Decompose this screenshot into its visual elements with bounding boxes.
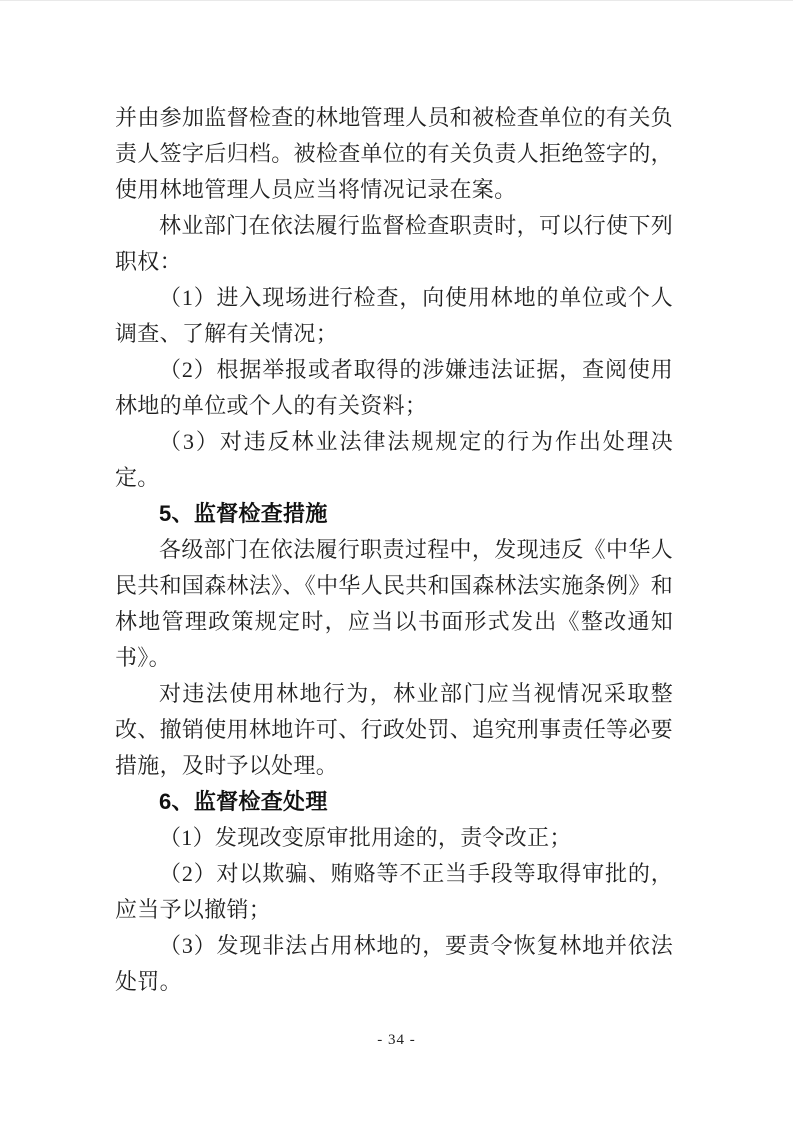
document-body: 并由参加监督检查的林地管理人员和被检查单位的有关负责人签字后归档。被检查单位的有… — [115, 100, 673, 1000]
section-heading: 6、监督检查处理 — [115, 784, 673, 820]
document-page: 并由参加监督检查的林地管理人员和被检查单位的有关负责人签字后归档。被检查单位的有… — [0, 0, 793, 1122]
paragraph: 各级部门在依法履行职责过程中，发现违反《中华人民共和国森林法》、《中华人民共和国… — [115, 532, 673, 676]
section-heading: 5、监督检查措施 — [115, 496, 673, 532]
paragraph: 林业部门在依法履行监督检查职责时，可以行使下列职权： — [115, 208, 673, 280]
page-number: - 34 - — [377, 1032, 416, 1048]
list-item: （1）发现改变原审批用途的，责令改正； — [115, 820, 673, 856]
list-item: （3）发现非法占用林地的，要责令恢复林地并依法处罚。 — [115, 928, 673, 1000]
list-item: （2）对以欺骗、贿赂等不正当手段等取得审批的，应当予以撤销； — [115, 856, 673, 928]
page-footer: - 34 - — [0, 1031, 793, 1049]
list-item: （2）根据举报或者取得的涉嫌违法证据，查阅使用林地的单位或个人的有关资料； — [115, 352, 673, 424]
list-item: （1）进入现场进行检查，向使用林地的单位或个人调查、了解有关情况； — [115, 280, 673, 352]
paragraph: 对违法使用林地行为，林业部门应当视情况采取整改、撤销使用林地许可、行政处罚、追究… — [115, 676, 673, 784]
list-item: （3）对违反林业法律法规规定的行为作出处理决定。 — [115, 424, 673, 496]
paragraph: 并由参加监督检查的林地管理人员和被检查单位的有关负责人签字后归档。被检查单位的有… — [115, 100, 673, 208]
